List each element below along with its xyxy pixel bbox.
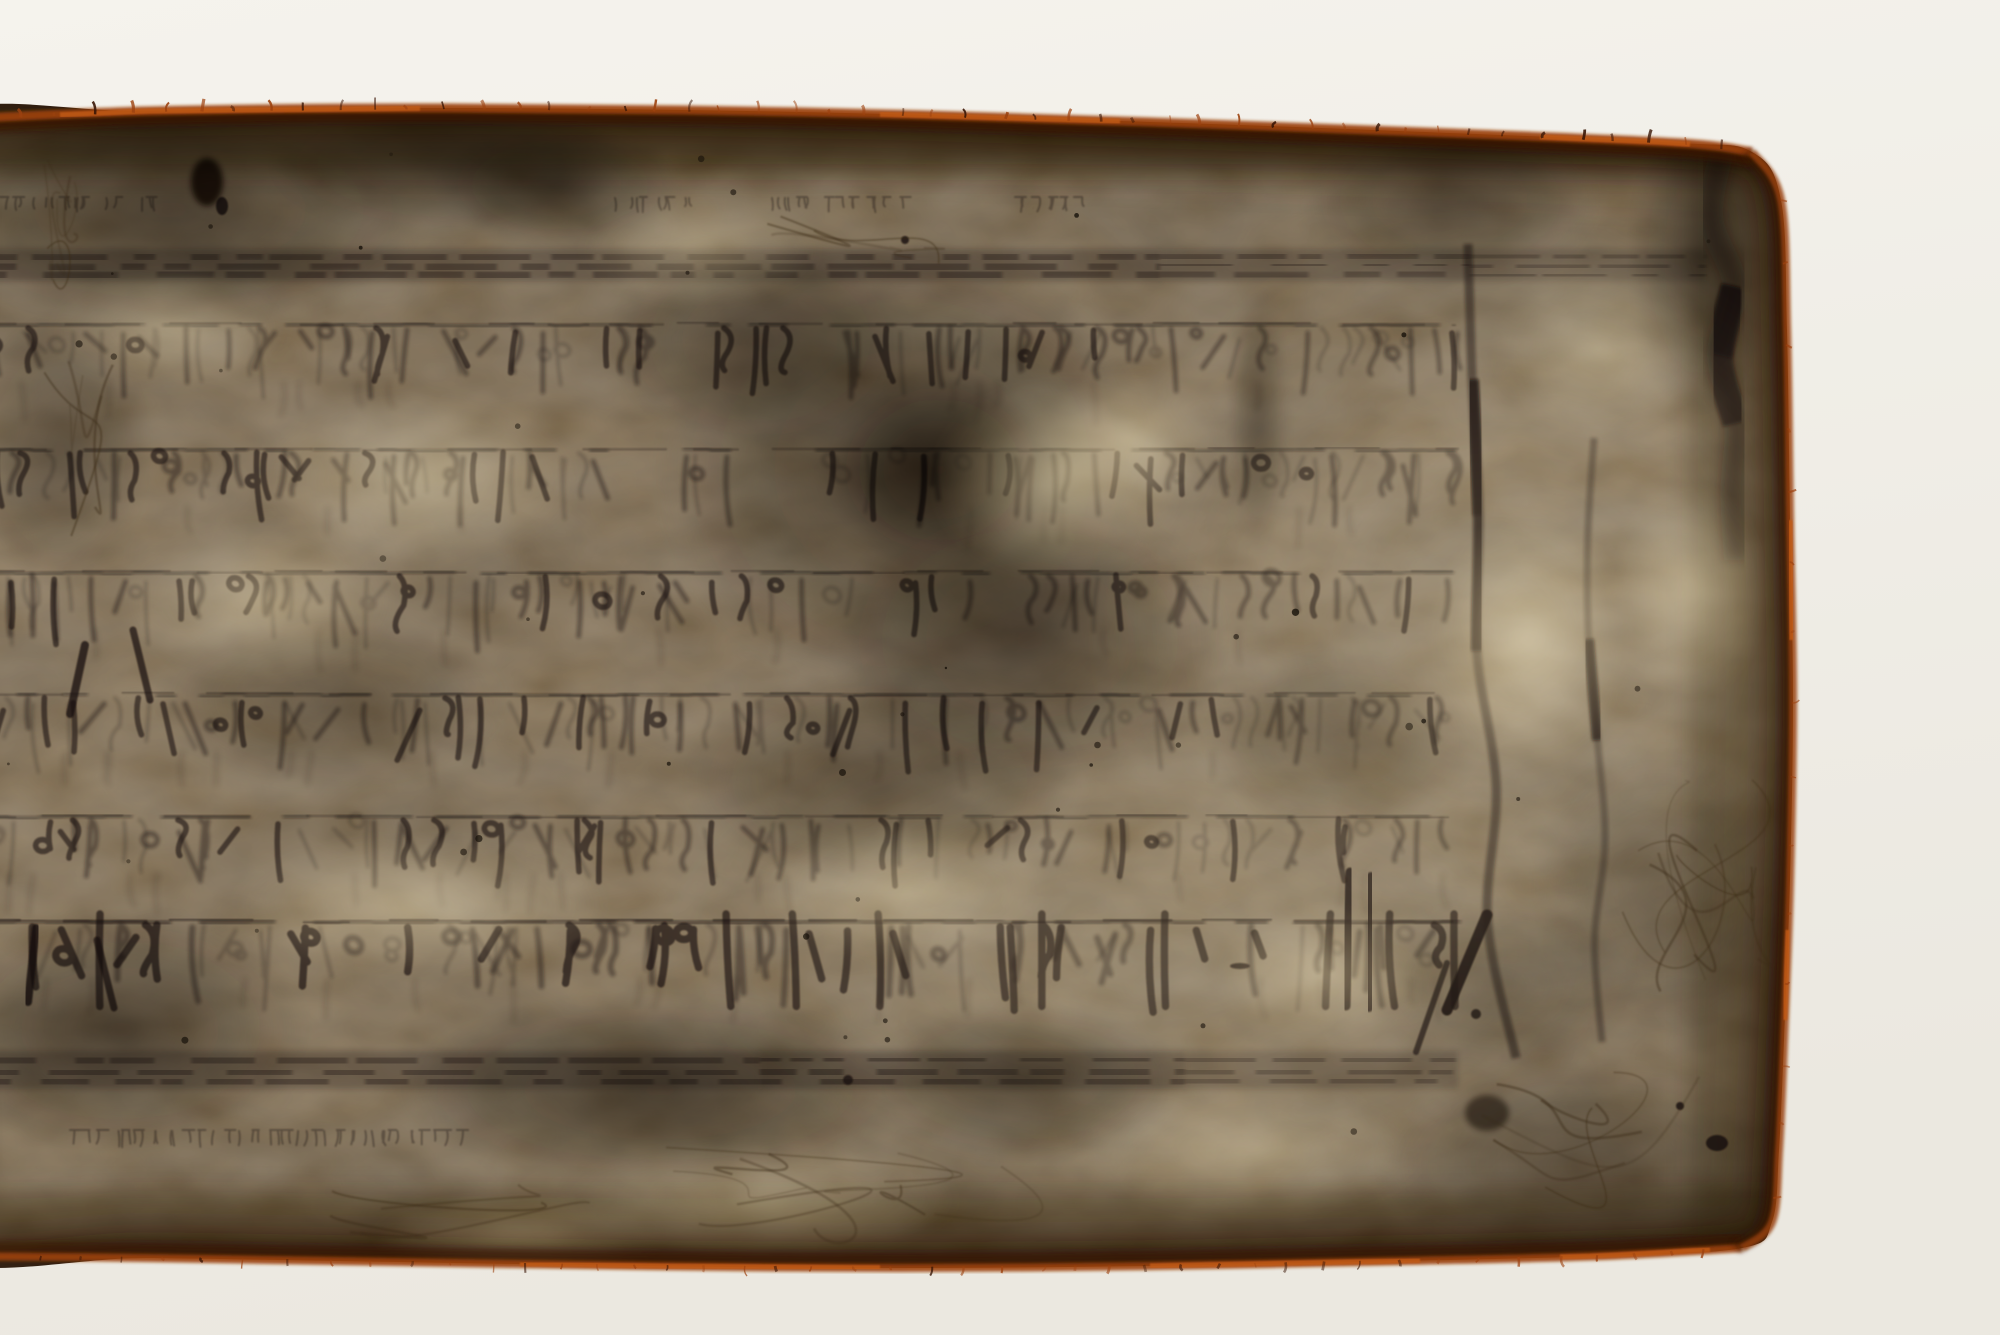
photo-frame xyxy=(0,0,2000,1335)
rust-glow-right xyxy=(1790,520,1792,640)
rust-glow-right xyxy=(1785,930,1788,1020)
manuscript-leaf xyxy=(0,60,1920,1320)
manuscript-photo xyxy=(0,0,2000,1335)
leaf-layer xyxy=(0,60,1920,1320)
